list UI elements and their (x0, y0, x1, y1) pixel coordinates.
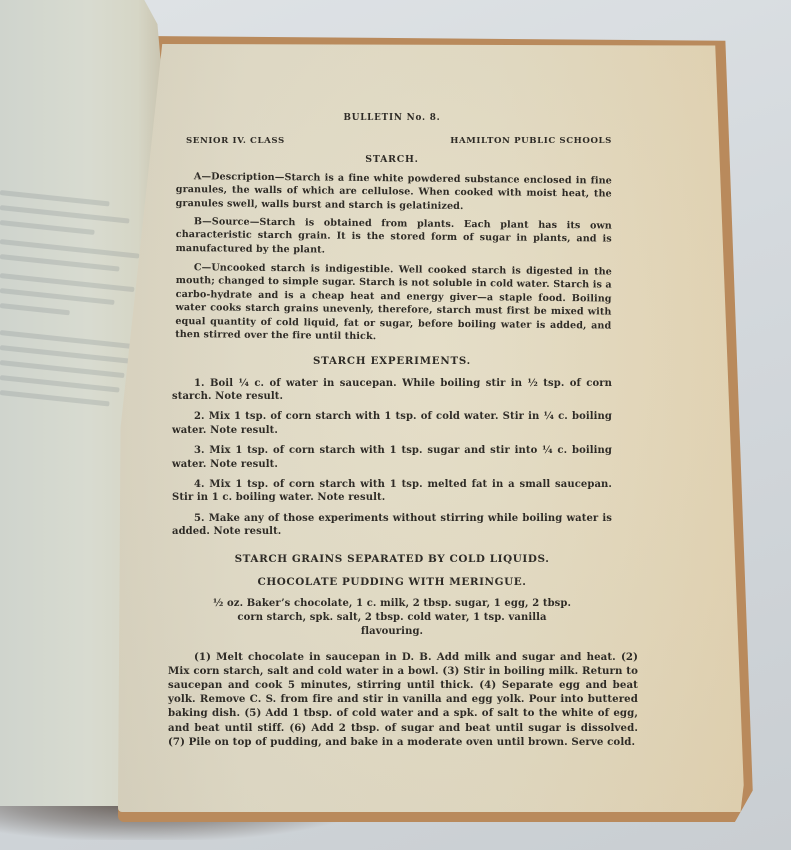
bulletin-number: BULLETIN No. 8. (172, 112, 612, 125)
recipe-ingredients: ½ oz. Baker’s chocolate, 1 c. milk, 2 tb… (172, 597, 612, 639)
section-title-starch: STARCH. (172, 153, 612, 166)
bulletin-text: BULLETIN No. 8. SENIOR IV. CLASS HAMILTO… (172, 112, 612, 759)
experiments-title: STARCH EXPERIMENTS. (172, 355, 612, 368)
grains-title: STARCH GRAINS SEPARATED BY COLD LIQUIDS. (172, 553, 612, 566)
recipe-method: (1) Melt chocolate in saucepan in D. B. … (168, 650, 638, 749)
experiment-item: 2. Mix 1 tsp. of corn starch with 1 tsp.… (172, 410, 612, 437)
paragraph-description: A—Description—Starch is a fine white pow… (176, 170, 612, 215)
experiment-item: 4. Mix 1 tsp. of corn starch with 1 tsp.… (172, 478, 612, 505)
page-header: SENIOR IV. CLASS HAMILTON PUBLIC SCHOOLS (186, 135, 612, 148)
experiment-item: 3. Mix 1 tsp. of corn starch with 1 tsp.… (172, 444, 612, 471)
class-label: SENIOR IV. CLASS (186, 135, 285, 148)
paragraph-source: B—Source—Starch is obtained from plants.… (176, 215, 612, 260)
recipe-title: CHOCOLATE PUDDING WITH MERINGUE. (172, 576, 612, 589)
experiment-item: 1. Boil ¼ c. of water in saucepan. While… (172, 377, 612, 404)
paragraph-digestion: C—Uncooked starch is indigestible. Well … (175, 261, 612, 346)
school-name: HAMILTON PUBLIC SCHOOLS (450, 135, 612, 148)
experiment-item: 5. Make any of those experiments without… (172, 512, 612, 539)
